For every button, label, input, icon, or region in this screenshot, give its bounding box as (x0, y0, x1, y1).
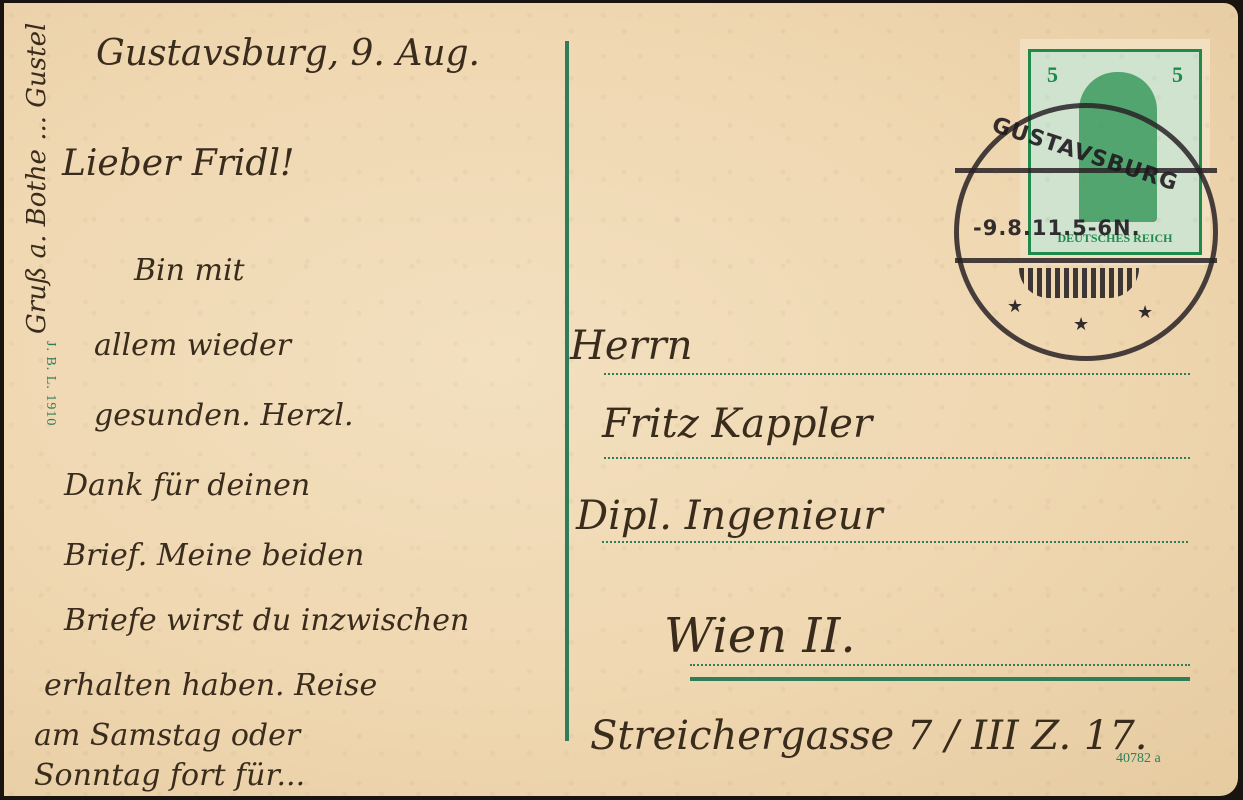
message-line: Dank für deinen (64, 468, 310, 503)
star-icon: ★ (1007, 296, 1023, 317)
center-divider (565, 41, 569, 741)
address-street: Streichergasse 7 / III Z. 17. (590, 713, 1148, 759)
card-number: 40782 a (1116, 751, 1161, 767)
address-city-underline (690, 677, 1190, 681)
postcard: Gruß a. Bothe ... Gustel J. B. L. 1910 G… (4, 3, 1238, 796)
postmark-comb (1019, 268, 1139, 298)
message-line: Bin mit (134, 253, 245, 288)
message-line: gesunden. Herzl. (94, 398, 354, 433)
postmark-date: -9.8.11.5-6N. (973, 216, 1141, 240)
address-line (690, 664, 1190, 666)
address-title: Herrn (570, 323, 693, 369)
postmark-bar (955, 258, 1217, 263)
message-line: Briefe wirst du inzwischen (64, 603, 469, 638)
message-line: Brief. Meine beiden (64, 538, 364, 573)
message-header: Gustavsburg, 9. Aug. (96, 33, 480, 74)
address-name: Fritz Kappler (602, 401, 872, 447)
message-line: erhalten haben. Reise (44, 668, 377, 703)
address-profession: Dipl. Ingenieur (576, 493, 883, 539)
stamp-value: 5 (1172, 62, 1183, 88)
postmark-town: GUSTAVSBURG (986, 112, 1184, 198)
message-salutation: Lieber Fridl! (62, 143, 294, 184)
star-icon: ★ (1073, 314, 1089, 335)
address-line (604, 373, 1190, 375)
printer-mark: J. B. L. 1910 (42, 341, 58, 426)
address-line (602, 541, 1188, 543)
star-icon: ★ (1137, 302, 1153, 323)
address-line (604, 457, 1190, 459)
message-line: Sonntag fort für... (34, 758, 305, 793)
message-line: am Samstag oder (34, 718, 300, 753)
postmark: GUSTAVSBURG -9.8.11.5-6N. ★ ★ ★ (954, 103, 1218, 361)
address-city: Wien II. (664, 608, 856, 664)
message-line: allem wieder (94, 328, 291, 363)
stamp-value: 5 (1047, 62, 1058, 88)
